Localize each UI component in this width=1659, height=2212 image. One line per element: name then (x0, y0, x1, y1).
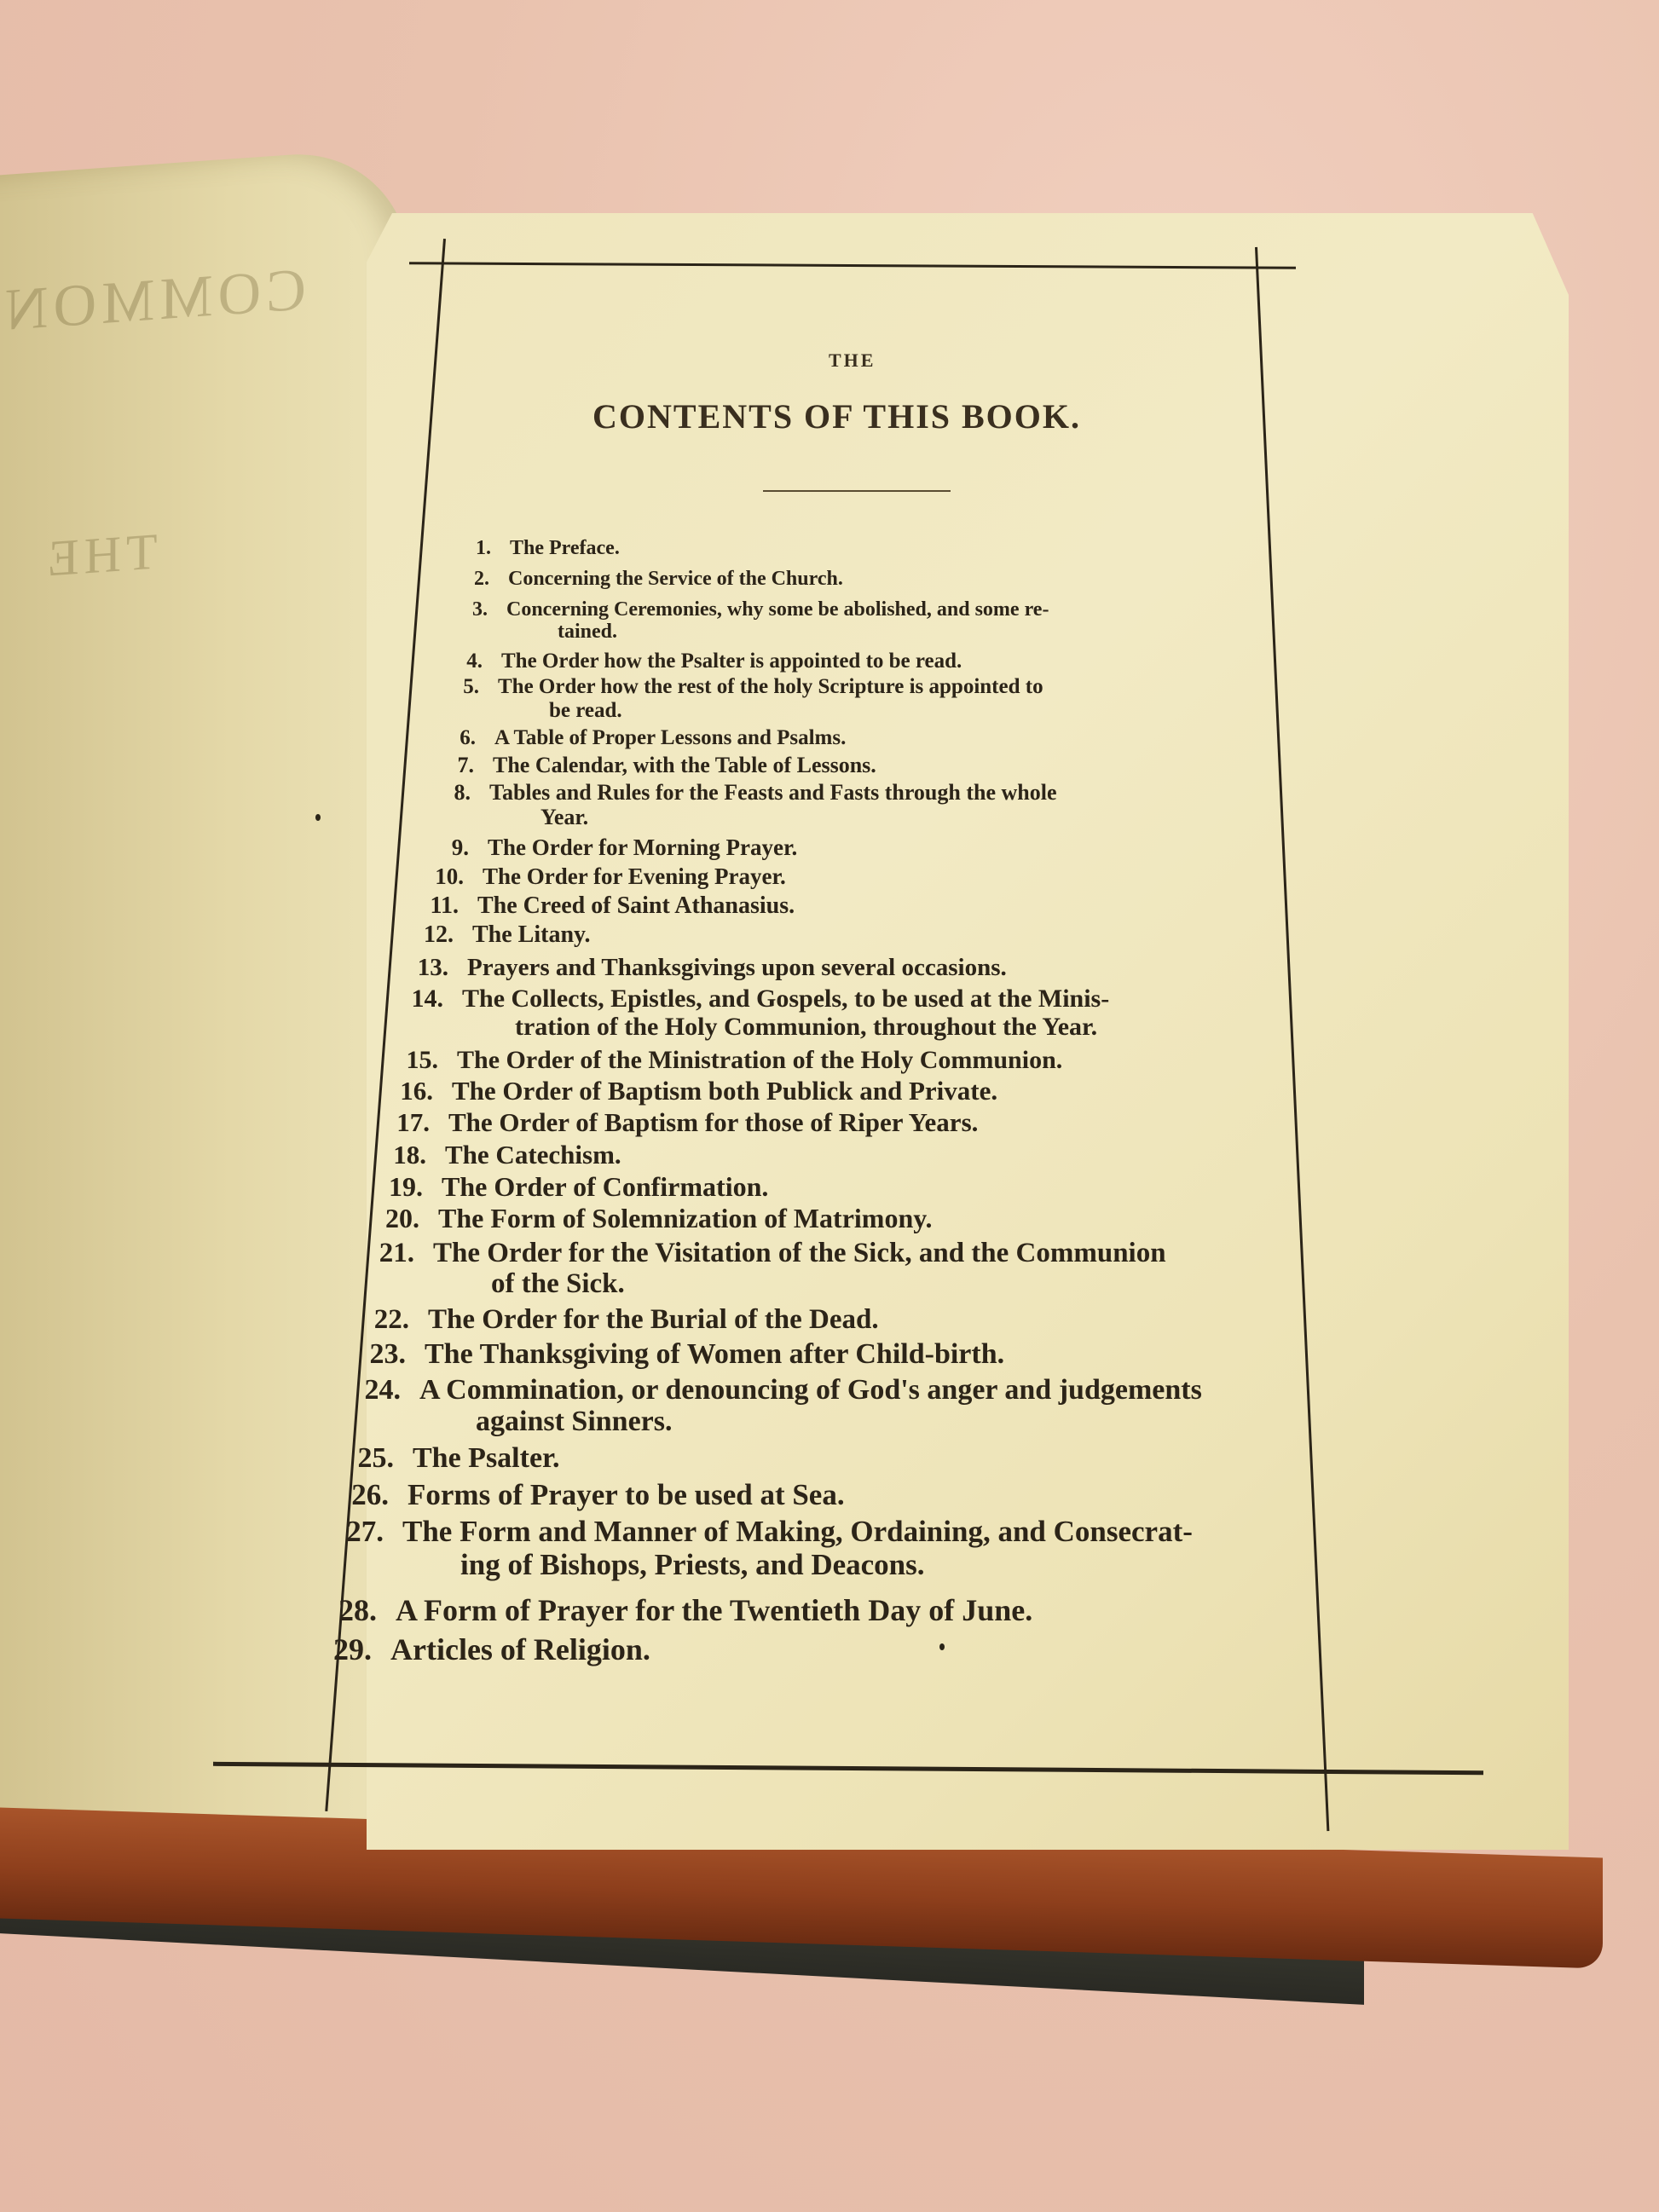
list-item: 27.The Form and Manner of Making, Ordain… (343, 1516, 1193, 1581)
left-page-ghost-text: COMMON (0, 256, 306, 345)
list-item: 8.Tables and Rules for the Feasts and Fa… (445, 781, 1057, 829)
list-item: 9.The Order for Morning Prayer. (435, 835, 797, 861)
list-item: 10.The Order for Evening Prayer. (423, 864, 786, 890)
list-item: 21.The Order for the Visitation of the S… (373, 1238, 1166, 1300)
list-item: 29.Articles of Religion. (331, 1633, 650, 1667)
list-item: 19.The Order of Confirmation. (382, 1172, 768, 1202)
list-item: 4.The Order how the Psalter is appointed… (457, 650, 962, 673)
page-title: CONTENTS OF THIS BOOK. (592, 396, 1081, 436)
list-item: 22.The Order for the Burial of the Dead. (368, 1304, 879, 1335)
list-item: 16.The Order of Baptism both Publick and… (392, 1077, 997, 1106)
list-item: 24.A Commination, or denouncing of God's… (360, 1374, 1202, 1438)
list-item: 3.Concerning Ceremonies, why some be abo… (462, 598, 1049, 644)
list-item: 28.A Form of Prayer for the Twentieth Da… (336, 1594, 1032, 1628)
list-item: 7.The Calendar, with the Table of Lesson… (448, 754, 876, 778)
list-item: 13.Prayers and Thanksgivings upon severa… (408, 955, 1007, 982)
left-page-ghost-text: THE (43, 522, 158, 588)
list-item: 26.Forms of Prayer to be used at Sea. (348, 1479, 845, 1512)
list-item: 1.The Preface. (465, 537, 620, 559)
list-item: 25.The Psalter. (353, 1442, 560, 1474)
list-item: 15.The Order of the Ministration of the … (397, 1046, 1062, 1074)
item-number: 1. (465, 537, 491, 559)
list-item: 17.The Order of Baptism for those of Rip… (389, 1108, 978, 1137)
list-item: 2.Concerning the Service of the Church. (464, 568, 843, 590)
list-item: 6.A Table of Proper Lessons and Psalms. (450, 726, 846, 750)
list-item: 14.The Collects, Epistles, and Gospels, … (402, 985, 1109, 1041)
header-small: THE (829, 349, 876, 372)
list-item: 18.The Catechism. (385, 1141, 621, 1170)
list-item: 11.The Creed of Saint Athanasius. (418, 893, 795, 920)
list-item: 5.The Order how the rest of the holy Scr… (454, 675, 1043, 722)
ink-speck (939, 1643, 945, 1650)
list-item: 20.The Form of Solemnization of Matrimon… (379, 1204, 932, 1233)
list-item: 23.The Thanksgiving of Women after Child… (365, 1338, 1004, 1370)
list-item: 12.The Litany. (413, 922, 590, 949)
item-text: The Preface. (510, 537, 620, 559)
ink-speck (315, 814, 321, 821)
title-divider (763, 490, 951, 492)
